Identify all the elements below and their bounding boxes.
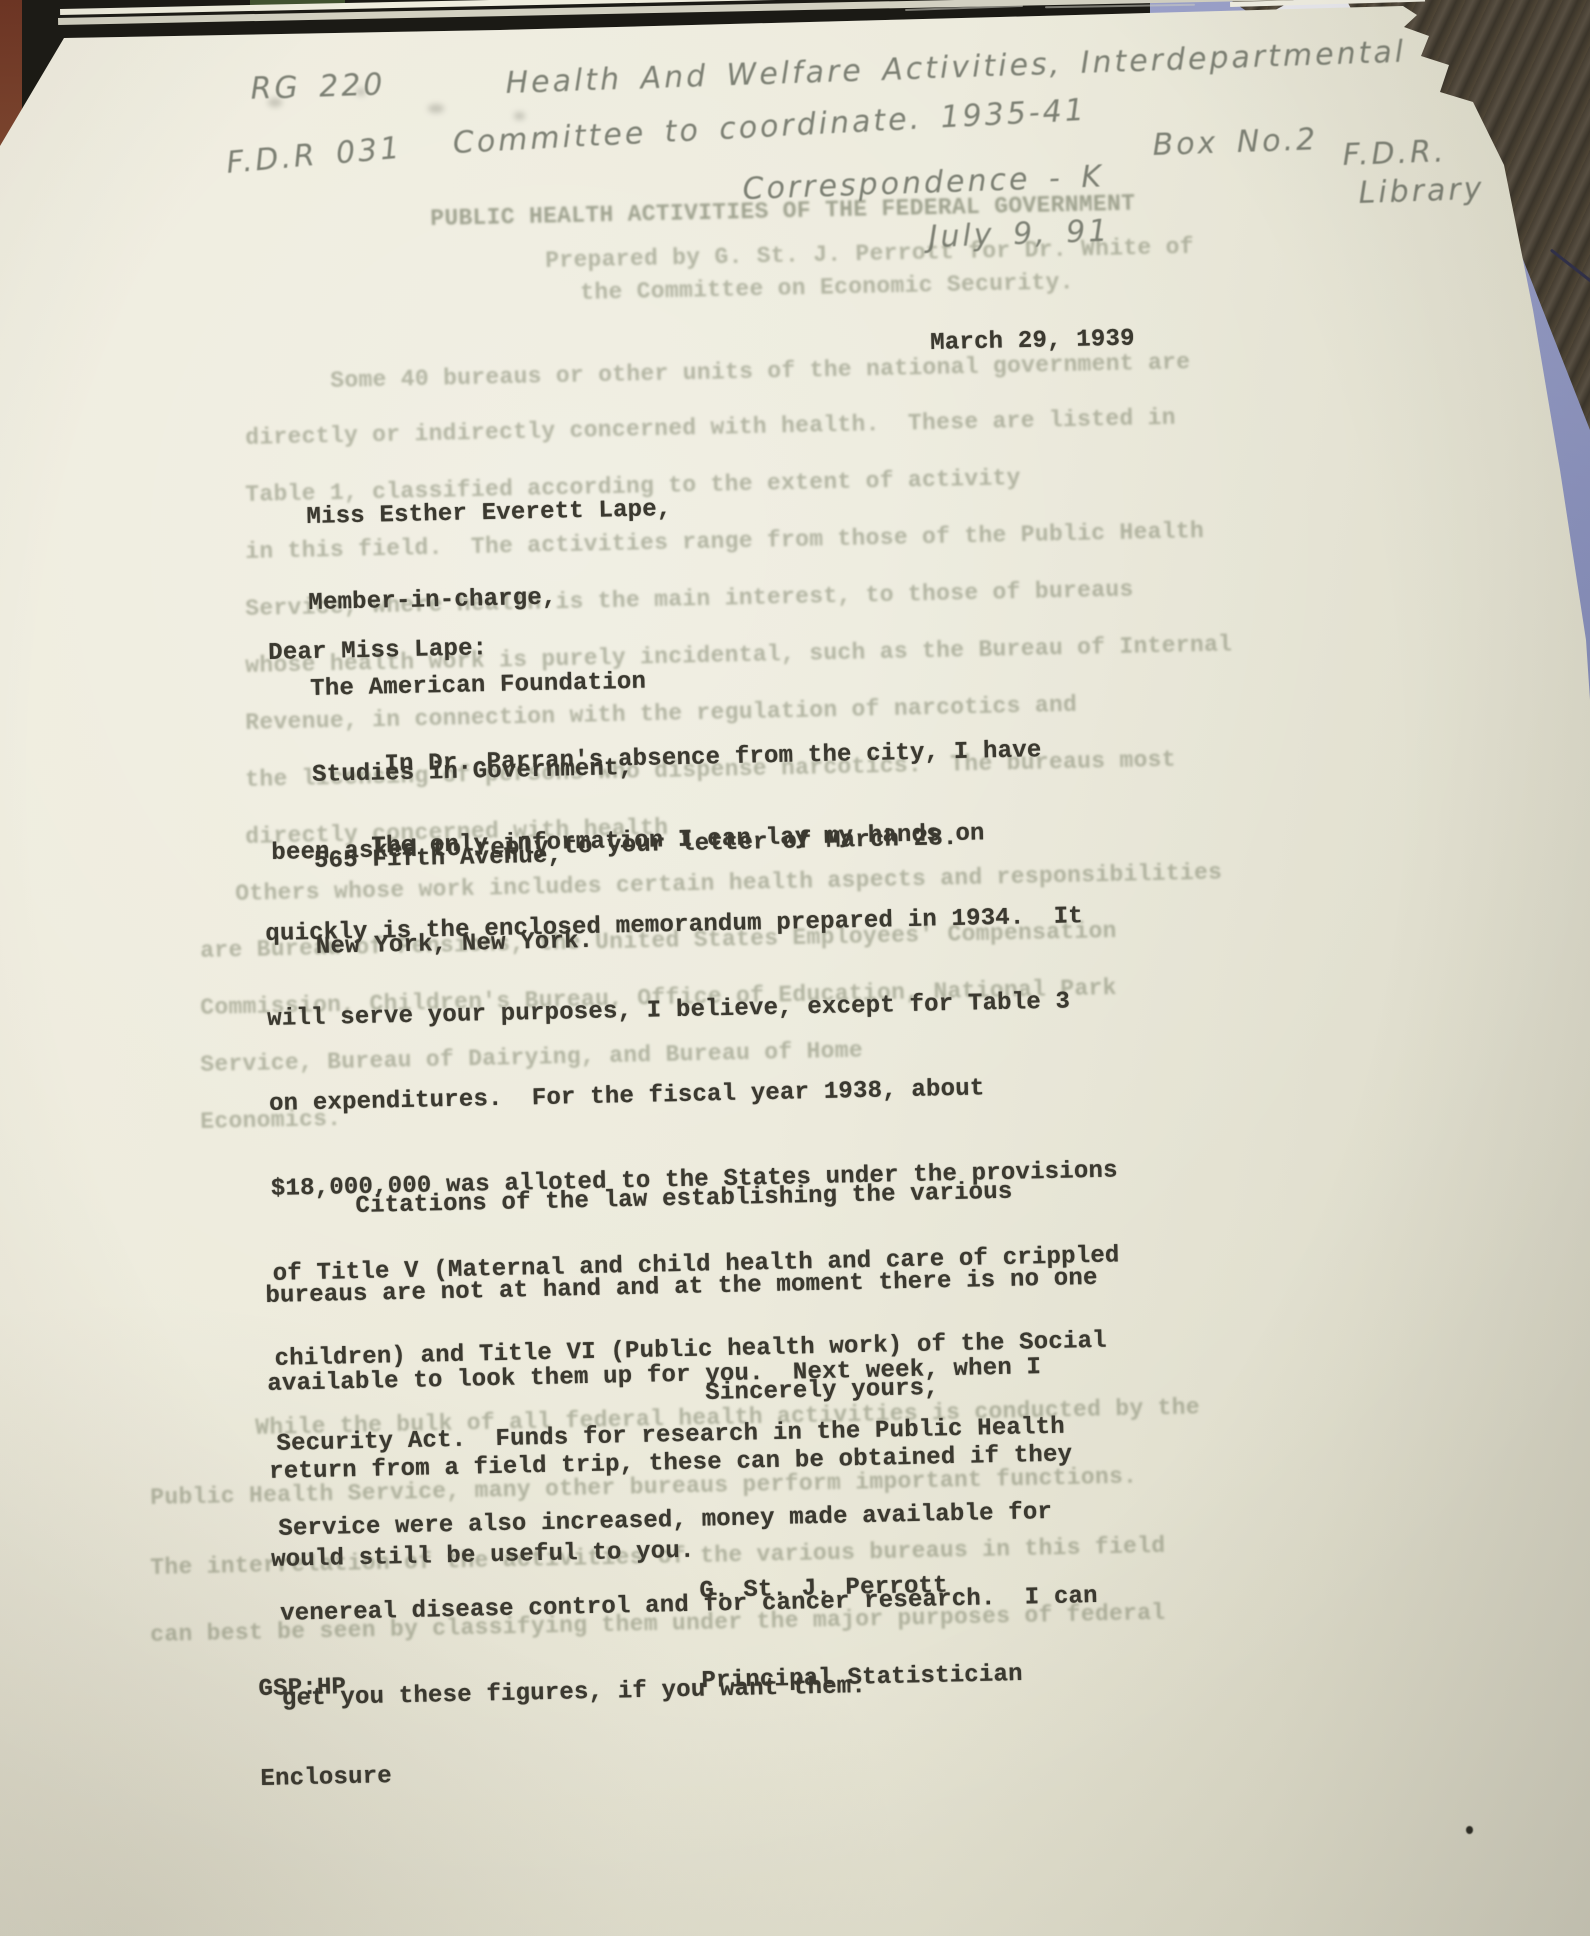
letter-line: on expenditures. For the fiscal year 193… bbox=[269, 1070, 1116, 1119]
address-line: Member-in-charge, bbox=[308, 580, 674, 620]
letter-line: return from a field trip, these can be o… bbox=[269, 1438, 1102, 1490]
signature-title: Principal Statistician bbox=[701, 1657, 1023, 1700]
archival-photo: PUBLIC HEALTH ACTIVITIES OF THE FEDERAL … bbox=[0, 0, 1590, 1936]
letter-line: The only information I can lay my hands … bbox=[263, 816, 1110, 865]
annotation-date-note: July 9, 91 bbox=[928, 214, 1111, 255]
annotation-fdr-library-line2: Library bbox=[1358, 172, 1485, 211]
enclosure-note: Enclosure bbox=[260, 1759, 392, 1798]
pencil-smudge bbox=[428, 104, 444, 113]
letter-reference-block: GSP:HP Enclosure bbox=[257, 1615, 393, 1852]
letter-salutation: Dear Miss Lape: bbox=[268, 635, 488, 667]
letter-line: Citations of the law establishing the va… bbox=[263, 1174, 1096, 1226]
letter-signature-block: G. St. J. Perrott Principal Statistician bbox=[698, 1513, 1024, 1754]
annotation-box-number: Box No.2 bbox=[1152, 122, 1319, 163]
letter-line: available to look them up for you. Next … bbox=[267, 1350, 1100, 1402]
address-line: Miss Esther Everett Lape, bbox=[306, 494, 672, 534]
pencil-smudge bbox=[514, 112, 525, 120]
letter-line: bureaus are not at hand and at the momen… bbox=[265, 1262, 1098, 1314]
letter-line: quickly is the enclosed memorandum prepa… bbox=[265, 900, 1112, 949]
letter-closing: Sincerely yours, bbox=[705, 1375, 939, 1407]
annotation-fdr-library: F.D.R. bbox=[1342, 134, 1447, 173]
paper-speck bbox=[1466, 1826, 1473, 1834]
letter-date: March 29, 1939 bbox=[930, 326, 1135, 357]
signature-name: G. St. J. Perrott bbox=[699, 1567, 1021, 1610]
letter-line: will serve your purposes, I believe, exc… bbox=[267, 985, 1114, 1034]
typist-initials: GSP:HP bbox=[258, 1669, 390, 1708]
annotation-record-group: RG 220 bbox=[250, 67, 386, 107]
